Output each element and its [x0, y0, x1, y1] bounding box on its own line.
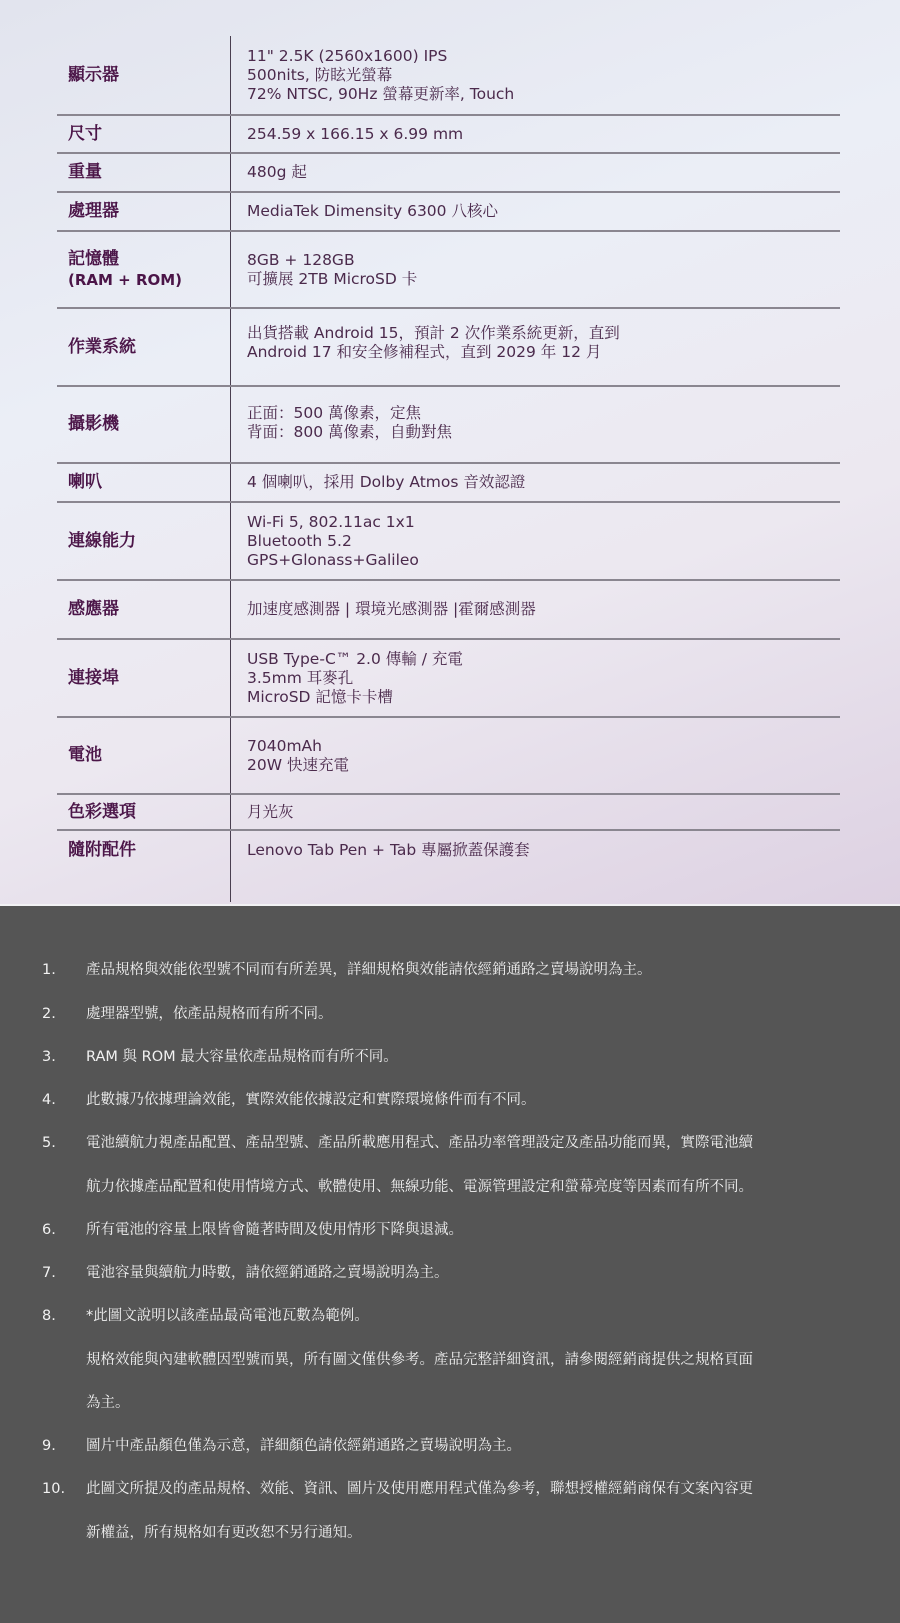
spec-label: 顯示器 [57, 65, 230, 86]
spec-label: 處理器 [57, 201, 230, 222]
spec-row-weight: 重量 480g 起 [57, 152, 840, 191]
spec-value: USB Type-C™ 2.0 傳輸 / 充電 3.5mm 耳麥孔 MicroS… [230, 650, 463, 707]
spec-row-sensors: 感應器 加速度感測器 | 環境光感測器 |霍爾感測器 [57, 579, 840, 638]
footnote-text: 產品規格與效能依型號不同而有所差異，詳細規格與效能請依經銷通路之賣場說明為主。 [86, 960, 866, 980]
spec-label: 感應器 [57, 599, 230, 620]
spec-row-memory: 記憶體 (RAM + ROM) 8GB + 128GB 可擴展 2TB Micr… [57, 230, 840, 307]
spec-value-line: 11" 2.5K (2560x1600) IPS [247, 47, 514, 66]
spec-value: 正面：500 萬像素，定焦 背面：800 萬像素，自動對焦 [230, 404, 452, 442]
spec-value-line: MediaTek Dimensity 6300 八核心 [247, 202, 498, 221]
spec-value-line: 背面：800 萬像素，自動對焦 [247, 423, 452, 442]
spec-value: 加速度感測器 | 環境光感測器 |霍爾感測器 [230, 600, 536, 619]
spec-row-os: 作業系統 出貨搭載 Android 15，預計 2 次作業系統更新，直到 And… [57, 307, 840, 385]
spec-row-display: 顯示器 11" 2.5K (2560x1600) IPS 500nits, 防眩… [57, 36, 840, 114]
footnote-number: 2. [42, 1004, 78, 1024]
spec-value: 8GB + 128GB 可擴展 2TB MicroSD 卡 [230, 251, 417, 289]
spec-value: 254.59 x 166.15 x 6.99 mm [230, 125, 463, 144]
footnote-text: *此圖文說明以該產品最高電池瓦數為範例。 [86, 1306, 866, 1326]
spec-value-line: Android 17 和安全修補程式，直到 2029 年 12 月 [247, 343, 620, 362]
spec-label: 電池 [57, 745, 230, 766]
footnotes-section: 1. 產品規格與效能依型號不同而有所差異，詳細規格與效能請依經銷通路之賣場說明為… [0, 906, 900, 1623]
spec-row-size: 尺寸 254.59 x 166.15 x 6.99 mm [57, 114, 840, 152]
footnote-text: 電池續航力視產品配置、產品型號、產品所載應用程式、產品功率管理設定及產品功能而異… [86, 1133, 866, 1153]
spec-label-sub: (RAM + ROM) [68, 270, 230, 291]
footnote-text: 為主。 [86, 1393, 866, 1413]
spec-label: 隨附配件 [57, 840, 230, 861]
spec-label: 色彩選項 [57, 802, 230, 823]
spec-section: 顯示器 11" 2.5K (2560x1600) IPS 500nits, 防眩… [0, 0, 900, 906]
footnote-number: 10. [42, 1479, 78, 1499]
spec-value-line: USB Type-C™ 2.0 傳輸 / 充電 [247, 650, 463, 669]
spec-row-ports: 連接埠 USB Type-C™ 2.0 傳輸 / 充電 3.5mm 耳麥孔 Mi… [57, 638, 840, 716]
footnote-text: 航力依據產品配置和使用情境方式、軟體使用、無線功能、電源管理設定和螢幕亮度等因素… [86, 1177, 866, 1197]
spec-value-line: Bluetooth 5.2 [247, 532, 419, 551]
spec-value-line: 480g 起 [247, 163, 307, 182]
spec-label: 連接埠 [57, 668, 230, 689]
footnote-text: RAM 與 ROM 最大容量依產品規格而有所不同。 [86, 1047, 866, 1067]
spec-value: 11" 2.5K (2560x1600) IPS 500nits, 防眩光螢幕 … [230, 47, 514, 104]
spec-label: 連線能力 [57, 531, 230, 552]
spec-value-line: Wi-Fi 5, 802.11ac 1x1 [247, 513, 419, 532]
spec-row-processor: 處理器 MediaTek Dimensity 6300 八核心 [57, 191, 840, 230]
footnote-text: 規格效能與內建軟體因型號而異，所有圖文僅供參考。產品完整詳細資訊，請參閱經銷商提… [86, 1350, 866, 1370]
spec-value-line: GPS+Glonass+Galileo [247, 551, 419, 570]
spec-value-line: 加速度感測器 | 環境光感測器 |霍爾感測器 [247, 600, 536, 619]
spec-row-color: 色彩選項 月光灰 [57, 793, 840, 829]
footnote-text: 電池容量與續航力時數，請依經銷通路之賣場說明為主。 [86, 1263, 866, 1283]
footnote-number: 7. [42, 1263, 78, 1283]
spec-label-main: 記憶體 [68, 249, 119, 269]
spec-value-line: 8GB + 128GB [247, 251, 417, 270]
spec-value: 4 個喇叭，採用 Dolby Atmos 音效認證 [230, 473, 525, 492]
spec-value: 月光灰 [230, 803, 294, 822]
spec-value-line: 254.59 x 166.15 x 6.99 mm [247, 125, 463, 144]
spec-row-connectivity: 連線能力 Wi-Fi 5, 802.11ac 1x1 Bluetooth 5.2… [57, 501, 840, 579]
spec-value-line: 4 個喇叭，採用 Dolby Atmos 音效認證 [247, 473, 525, 492]
spec-value-line: 20W 快速充電 [247, 756, 349, 775]
footnote-number: 8. [42, 1306, 78, 1326]
footnote-number: 3. [42, 1047, 78, 1067]
spec-label: 重量 [57, 162, 230, 183]
spec-value-line: 正面：500 萬像素，定焦 [247, 404, 452, 423]
spec-value: 7040mAh 20W 快速充電 [230, 737, 349, 775]
spec-label: 攝影機 [57, 414, 230, 435]
spec-value-line: 72% NTSC, 90Hz 螢幕更新率, Touch [247, 85, 514, 104]
spec-value-line: 500nits, 防眩光螢幕 [247, 66, 514, 85]
footnote-number: 4. [42, 1090, 78, 1110]
spec-value: 出貨搭載 Android 15，預計 2 次作業系統更新，直到 Android … [230, 324, 620, 362]
spec-row-accessories: 隨附配件 Lenovo Tab Pen + Tab 專屬掀蓋保護套 [57, 829, 840, 869]
spec-value-line: 可擴展 2TB MicroSD 卡 [247, 270, 417, 289]
spec-value: MediaTek Dimensity 6300 八核心 [230, 202, 498, 221]
spec-value-line: 月光灰 [247, 803, 294, 822]
spec-row-camera: 攝影機 正面：500 萬像素，定焦 背面：800 萬像素，自動對焦 [57, 385, 840, 462]
spec-label: 作業系統 [57, 337, 230, 358]
spec-value-line: MicroSD 記憶卡卡槽 [247, 688, 463, 707]
footnote-text: 所有電池的容量上限皆會隨著時間及使用情形下降與退減。 [86, 1220, 866, 1240]
spec-row-speaker: 喇叭 4 個喇叭，採用 Dolby Atmos 音效認證 [57, 462, 840, 501]
spec-value: 480g 起 [230, 163, 307, 182]
footnote-number: 9. [42, 1436, 78, 1456]
footnote-text: 圖片中產品顏色僅為示意，詳細顏色請依經銷通路之賣場說明為主。 [86, 1436, 866, 1456]
spec-value-line: Lenovo Tab Pen + Tab 專屬掀蓋保護套 [247, 841, 530, 860]
spec-value-line: 7040mAh [247, 737, 349, 756]
footnote-text: 此數據乃依據理論效能，實際效能依據設定和實際環境條件而有不同。 [86, 1090, 866, 1110]
spec-label: 記憶體 (RAM + ROM) [57, 249, 230, 291]
spec-row-battery: 電池 7040mAh 20W 快速充電 [57, 716, 840, 793]
footnote-number: 1. [42, 960, 78, 980]
spec-label: 尺寸 [57, 124, 230, 145]
footnote-text: 新權益，所有規格如有更改恕不另行通知。 [86, 1523, 866, 1543]
spec-value: Lenovo Tab Pen + Tab 專屬掀蓋保護套 [230, 841, 530, 860]
footnote-number: 6. [42, 1220, 78, 1240]
footnote-text: 處理器型號，依產品規格而有所不同。 [86, 1004, 866, 1024]
spec-value-line: 出貨搭載 Android 15，預計 2 次作業系統更新，直到 [247, 324, 620, 343]
spec-value-line: 3.5mm 耳麥孔 [247, 669, 463, 688]
spec-label: 喇叭 [57, 472, 230, 493]
footnote-text: 此圖文所提及的產品規格、效能、資訊、圖片及使用應用程式僅為參考，聯想授權經銷商保… [86, 1479, 866, 1499]
spec-value: Wi-Fi 5, 802.11ac 1x1 Bluetooth 5.2 GPS+… [230, 513, 419, 570]
footnote-number: 5. [42, 1133, 78, 1153]
